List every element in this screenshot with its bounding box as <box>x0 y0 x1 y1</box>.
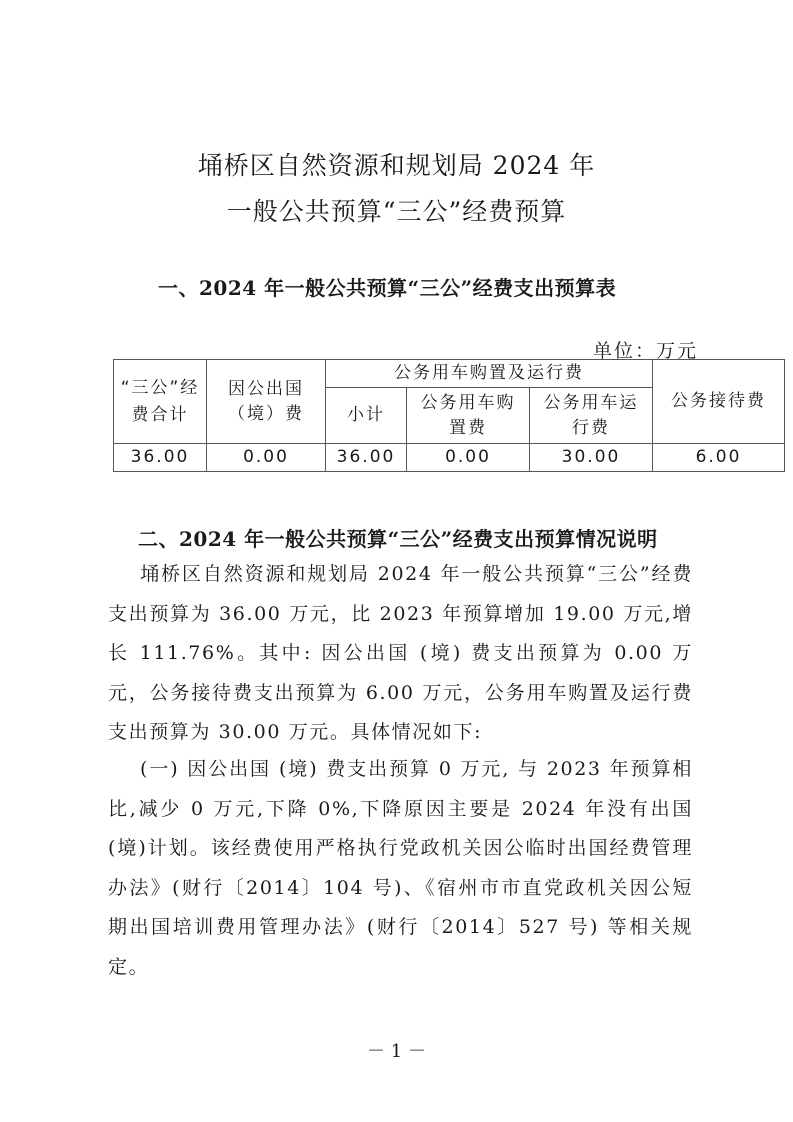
section2-heading: 二、2024 年一般公共预算“三公”经费支出预算情况说明 <box>138 523 658 552</box>
paragraph-summary-text: 埇桥区自然资源和规划局 2024 年一般公共预算“三公”经费支出预算为 36.0… <box>108 563 693 743</box>
value-total: 36.00 <box>114 444 207 472</box>
document-title-line1: 埇桥区自然资源和规划局 2024 年 <box>0 146 793 182</box>
page-number: － 1 － <box>0 1037 793 1063</box>
header-vehicle-group: 公务用车购置及运行费 <box>326 360 653 388</box>
value-reception: 6.00 <box>653 444 785 472</box>
header-vehicle-purchase: 公务用车购置费 <box>407 388 530 444</box>
paragraph-abroad-text: (一) 因公出国 (境) 费支出预算 0 万元, 与 2023 年预算相比,减少… <box>108 758 693 978</box>
document-title-line2: 一般公共预算“三公”经费预算 <box>0 192 793 228</box>
value-abroad: 0.00 <box>207 444 326 472</box>
header-abroad: 因公出国（境）费 <box>207 360 326 444</box>
header-reception: 公务接待费 <box>653 360 785 444</box>
paragraph-abroad: (一) 因公出国 (境) 费支出预算 0 万元, 与 2023 年预算相比,减少… <box>108 750 693 987</box>
section1-heading: 一、2024 年一般公共预算“三公”经费支出预算表 <box>158 272 616 301</box>
value-vehicle-purchase: 0.00 <box>407 444 530 472</box>
budget-table: “三公”经费合计 因公出国（境）费 公务用车购置及运行费 公务接待费 小计 公务… <box>113 359 785 472</box>
paragraph-summary: 埇桥区自然资源和规划局 2024 年一般公共预算“三公”经费支出预算为 36.0… <box>108 555 693 753</box>
header-vehicle-subtotal: 小计 <box>326 388 407 444</box>
header-total: “三公”经费合计 <box>114 360 207 444</box>
table-row: 36.00 0.00 36.00 0.00 30.00 6.00 <box>114 444 785 472</box>
value-vehicle-subtotal: 36.00 <box>326 444 407 472</box>
header-vehicle-operation: 公务用车运行费 <box>530 388 653 444</box>
value-vehicle-operation: 30.00 <box>530 444 653 472</box>
